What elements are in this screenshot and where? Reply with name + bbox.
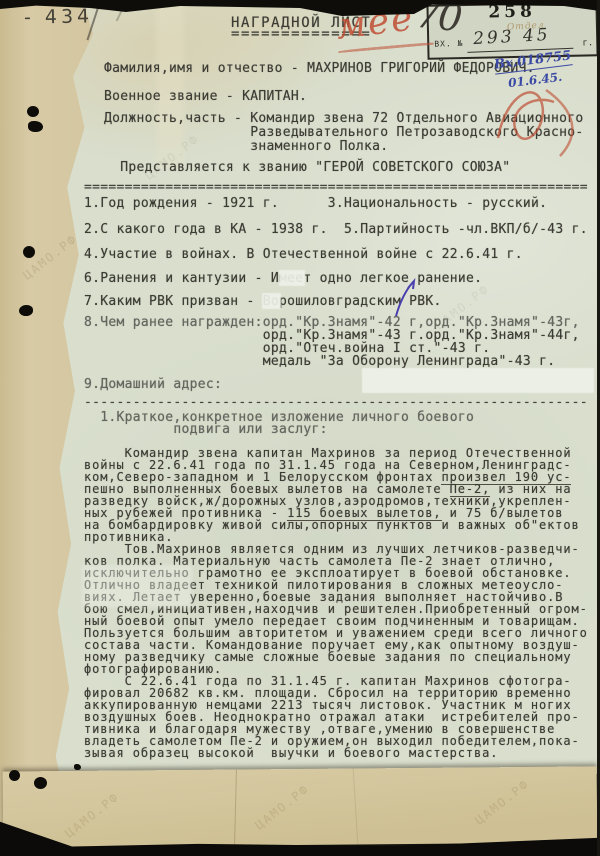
item-home-address: 9.Домашний адрес: <box>84 377 222 392</box>
stamp-year-suffix: г. <box>582 38 593 48</box>
divider-equals: ========================================… <box>84 180 588 195</box>
faded-area <box>82 565 192 607</box>
item-awards-4: медаль "За Оборону Ленинграда"-43 г. <box>84 354 555 369</box>
hole-punch <box>9 770 20 781</box>
red-pencil-scribble <box>488 76 600 166</box>
item-war-participation: 4.Участие в войнах. В Отечественной войн… <box>84 247 523 262</box>
body-line: зывая образец высокой выучки и боевого м… <box>84 747 588 759</box>
scanned-award-document: ЦАМО.РФ ЦАМО.РФ ЦАМО.РФ ЦАМО.РФ ЦАМО.РФ … <box>0 0 600 856</box>
divider-dashes: ----------------------------------------… <box>84 395 588 410</box>
field-nomination: Представляется к званию "ГЕРОЙ СОВЕТСКОГ… <box>104 160 510 175</box>
hole-punch <box>34 777 47 789</box>
hole-punch <box>23 246 35 258</box>
paper-crease <box>353 769 359 845</box>
hole-punch <box>27 106 39 117</box>
section-heading-2: подвига или заслуг: <box>84 422 328 437</box>
correction-fluid-patch <box>262 293 281 309</box>
pencil-page-number: - 434 <box>24 5 94 28</box>
stamp-inbox-label: ВХ. № <box>434 39 463 49</box>
ink-blob <box>74 764 81 770</box>
blue-ink-tick-mark <box>392 280 418 320</box>
item-birth-nationality: 1.Год рождения - 1921 г. 3.Национальност… <box>84 196 547 211</box>
ink-blob <box>28 121 43 132</box>
field-rank: Военное звание - КАПИТАН. <box>104 89 307 104</box>
field-position-3: знаменного Полка. <box>104 139 388 154</box>
correction-fluid-patch <box>279 270 305 286</box>
redaction-patch <box>362 368 594 393</box>
paper-crease <box>234 770 237 846</box>
item-service-party: 2.С какого года в КА - 1938 г. 5.Партийн… <box>84 222 588 237</box>
field-name: Фамилия,имя и отчество - МАХРИНОВ ГРИГОР… <box>104 61 535 76</box>
ink-blob <box>19 305 33 316</box>
stamp-inbox-number-handwritten: 293 45 <box>473 25 551 49</box>
